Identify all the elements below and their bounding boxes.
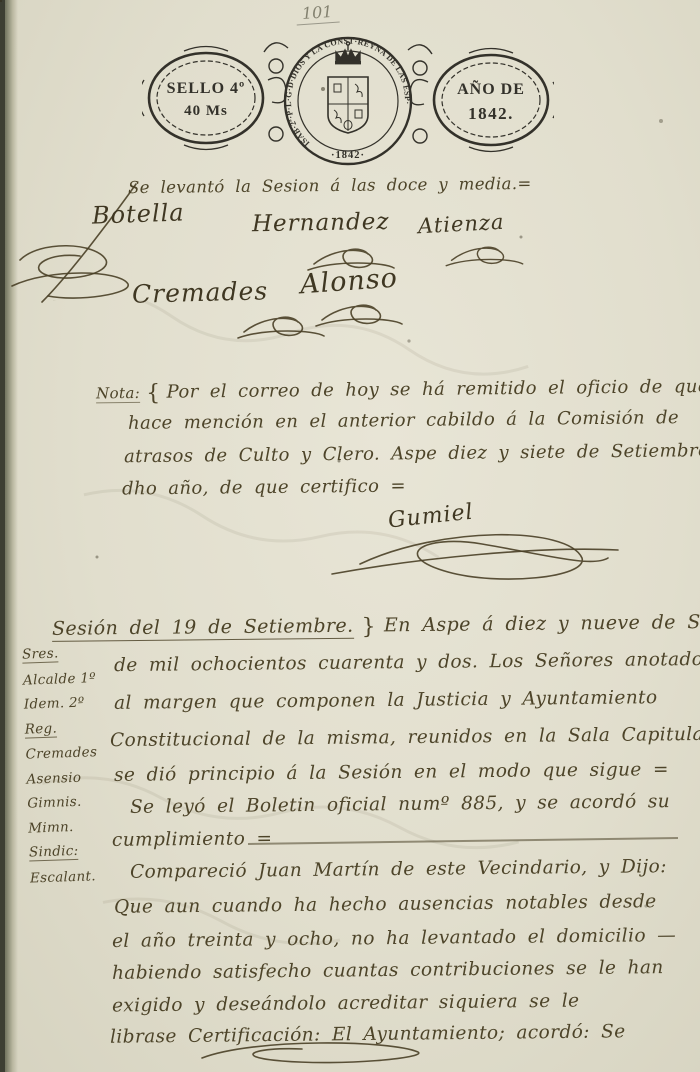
margin-note: Sindic: <box>29 843 79 862</box>
body-line: En Aspe á diez y nueve de Setiembre <box>384 610 700 636</box>
margin-attendee-list: Sres. Alcalde 1º Idem. 2º Reg. Cremades … <box>22 643 122 886</box>
folio-number: 101 <box>295 2 339 26</box>
manuscript-page: 101 <box>0 0 700 1072</box>
session-heading: Sesión del 19 de Setiembre. <box>52 615 354 642</box>
nota-paragraph-line1: Nota:{Por el correo de hoy se há remitid… <box>96 373 700 405</box>
signature-cremades: Cremades <box>132 276 269 309</box>
rubric-alonso <box>318 296 408 332</box>
nota-brace: { <box>146 381 161 406</box>
gumiel-flourish <box>330 520 620 588</box>
margin-note: Asensio <box>26 768 119 787</box>
revenue-stamp-icon: SELLO 4º 40 Ms AÑO DE 1842. ISAB·2ª·P·L·… <box>142 30 554 170</box>
stamp-left-line1: SELLO 4º <box>167 80 246 97</box>
body-line: se dió principio á la Sesión en el modo … <box>114 759 669 786</box>
margin-note: Cremades <box>25 743 118 762</box>
binding-edge-shadow <box>0 0 5 1072</box>
nota-label: Nota: <box>96 384 140 403</box>
nota-line: atrasos de Culto y Clero. Aspe diez y si… <box>124 440 700 467</box>
stamp-right-line2: 1842. <box>468 104 514 123</box>
margin-note: Sres. <box>22 645 59 663</box>
stamp-year: ·1842· <box>331 150 365 161</box>
margin-note: Mimn. <box>28 817 121 836</box>
rubric-atienza <box>448 238 528 272</box>
rubric-hernandez <box>310 240 400 276</box>
ink-specks <box>0 0 2 2</box>
body-line: Compareció Juan Martín de este Vecindari… <box>130 856 667 883</box>
end-flourish <box>190 1042 440 1068</box>
signature-botella: Botella <box>92 198 186 229</box>
body-line: Constitucional de la misma, reunidos en … <box>110 724 700 751</box>
margin-note: Reg. <box>24 720 57 738</box>
signature-hernandez: Hernandez <box>252 209 390 237</box>
stamp-right-line1: AÑO DE <box>457 79 525 98</box>
nota-line: Por el correo de hoy se há remitido el o… <box>167 376 700 403</box>
session-closing-line: Se levantó la Sesion á las doce y media.… <box>128 174 532 197</box>
signature-atienza: Atienza <box>417 210 505 238</box>
body-line: exigido y deseándolo acreditar siquiera … <box>112 991 580 1017</box>
body-line: Se leyó el Boletin oficial numº 885, y s… <box>130 791 670 818</box>
body-line: habiendo satisfecho cuantas contribucion… <box>112 957 664 984</box>
heading-brace: } <box>361 614 376 639</box>
nota-line: dho año, de que certifico = <box>122 476 406 500</box>
margin-note: Alcalde 1º <box>23 669 116 688</box>
session-heading-row: Sesión del 19 de Setiembre.}En Aspe á di… <box>52 608 700 642</box>
body-line: al margen que componen la Justicia y Ayu… <box>114 687 658 714</box>
margin-note: Gimnis. <box>27 792 120 811</box>
nota-line: hace mención en el anterior cabildo á la… <box>128 407 679 434</box>
filler-rule <box>248 837 678 845</box>
stamp-left-line2: 40 Ms <box>184 103 228 119</box>
revenue-stamp: SELLO 4º 40 Ms AÑO DE 1842. ISAB·2ª·P·L·… <box>142 30 554 174</box>
body-line: el año treinta y ocho, no ha levantado e… <box>112 925 676 952</box>
margin-note: Escalant. <box>30 867 123 886</box>
body-line: cumplimiento = <box>112 828 273 851</box>
body-line: de mil ochocientos cuarenta y dos. Los S… <box>114 649 700 676</box>
margin-note: Idem. 2º <box>24 693 117 712</box>
body-line: Que aun cuando ha hecho ausencias notabl… <box>114 891 657 918</box>
